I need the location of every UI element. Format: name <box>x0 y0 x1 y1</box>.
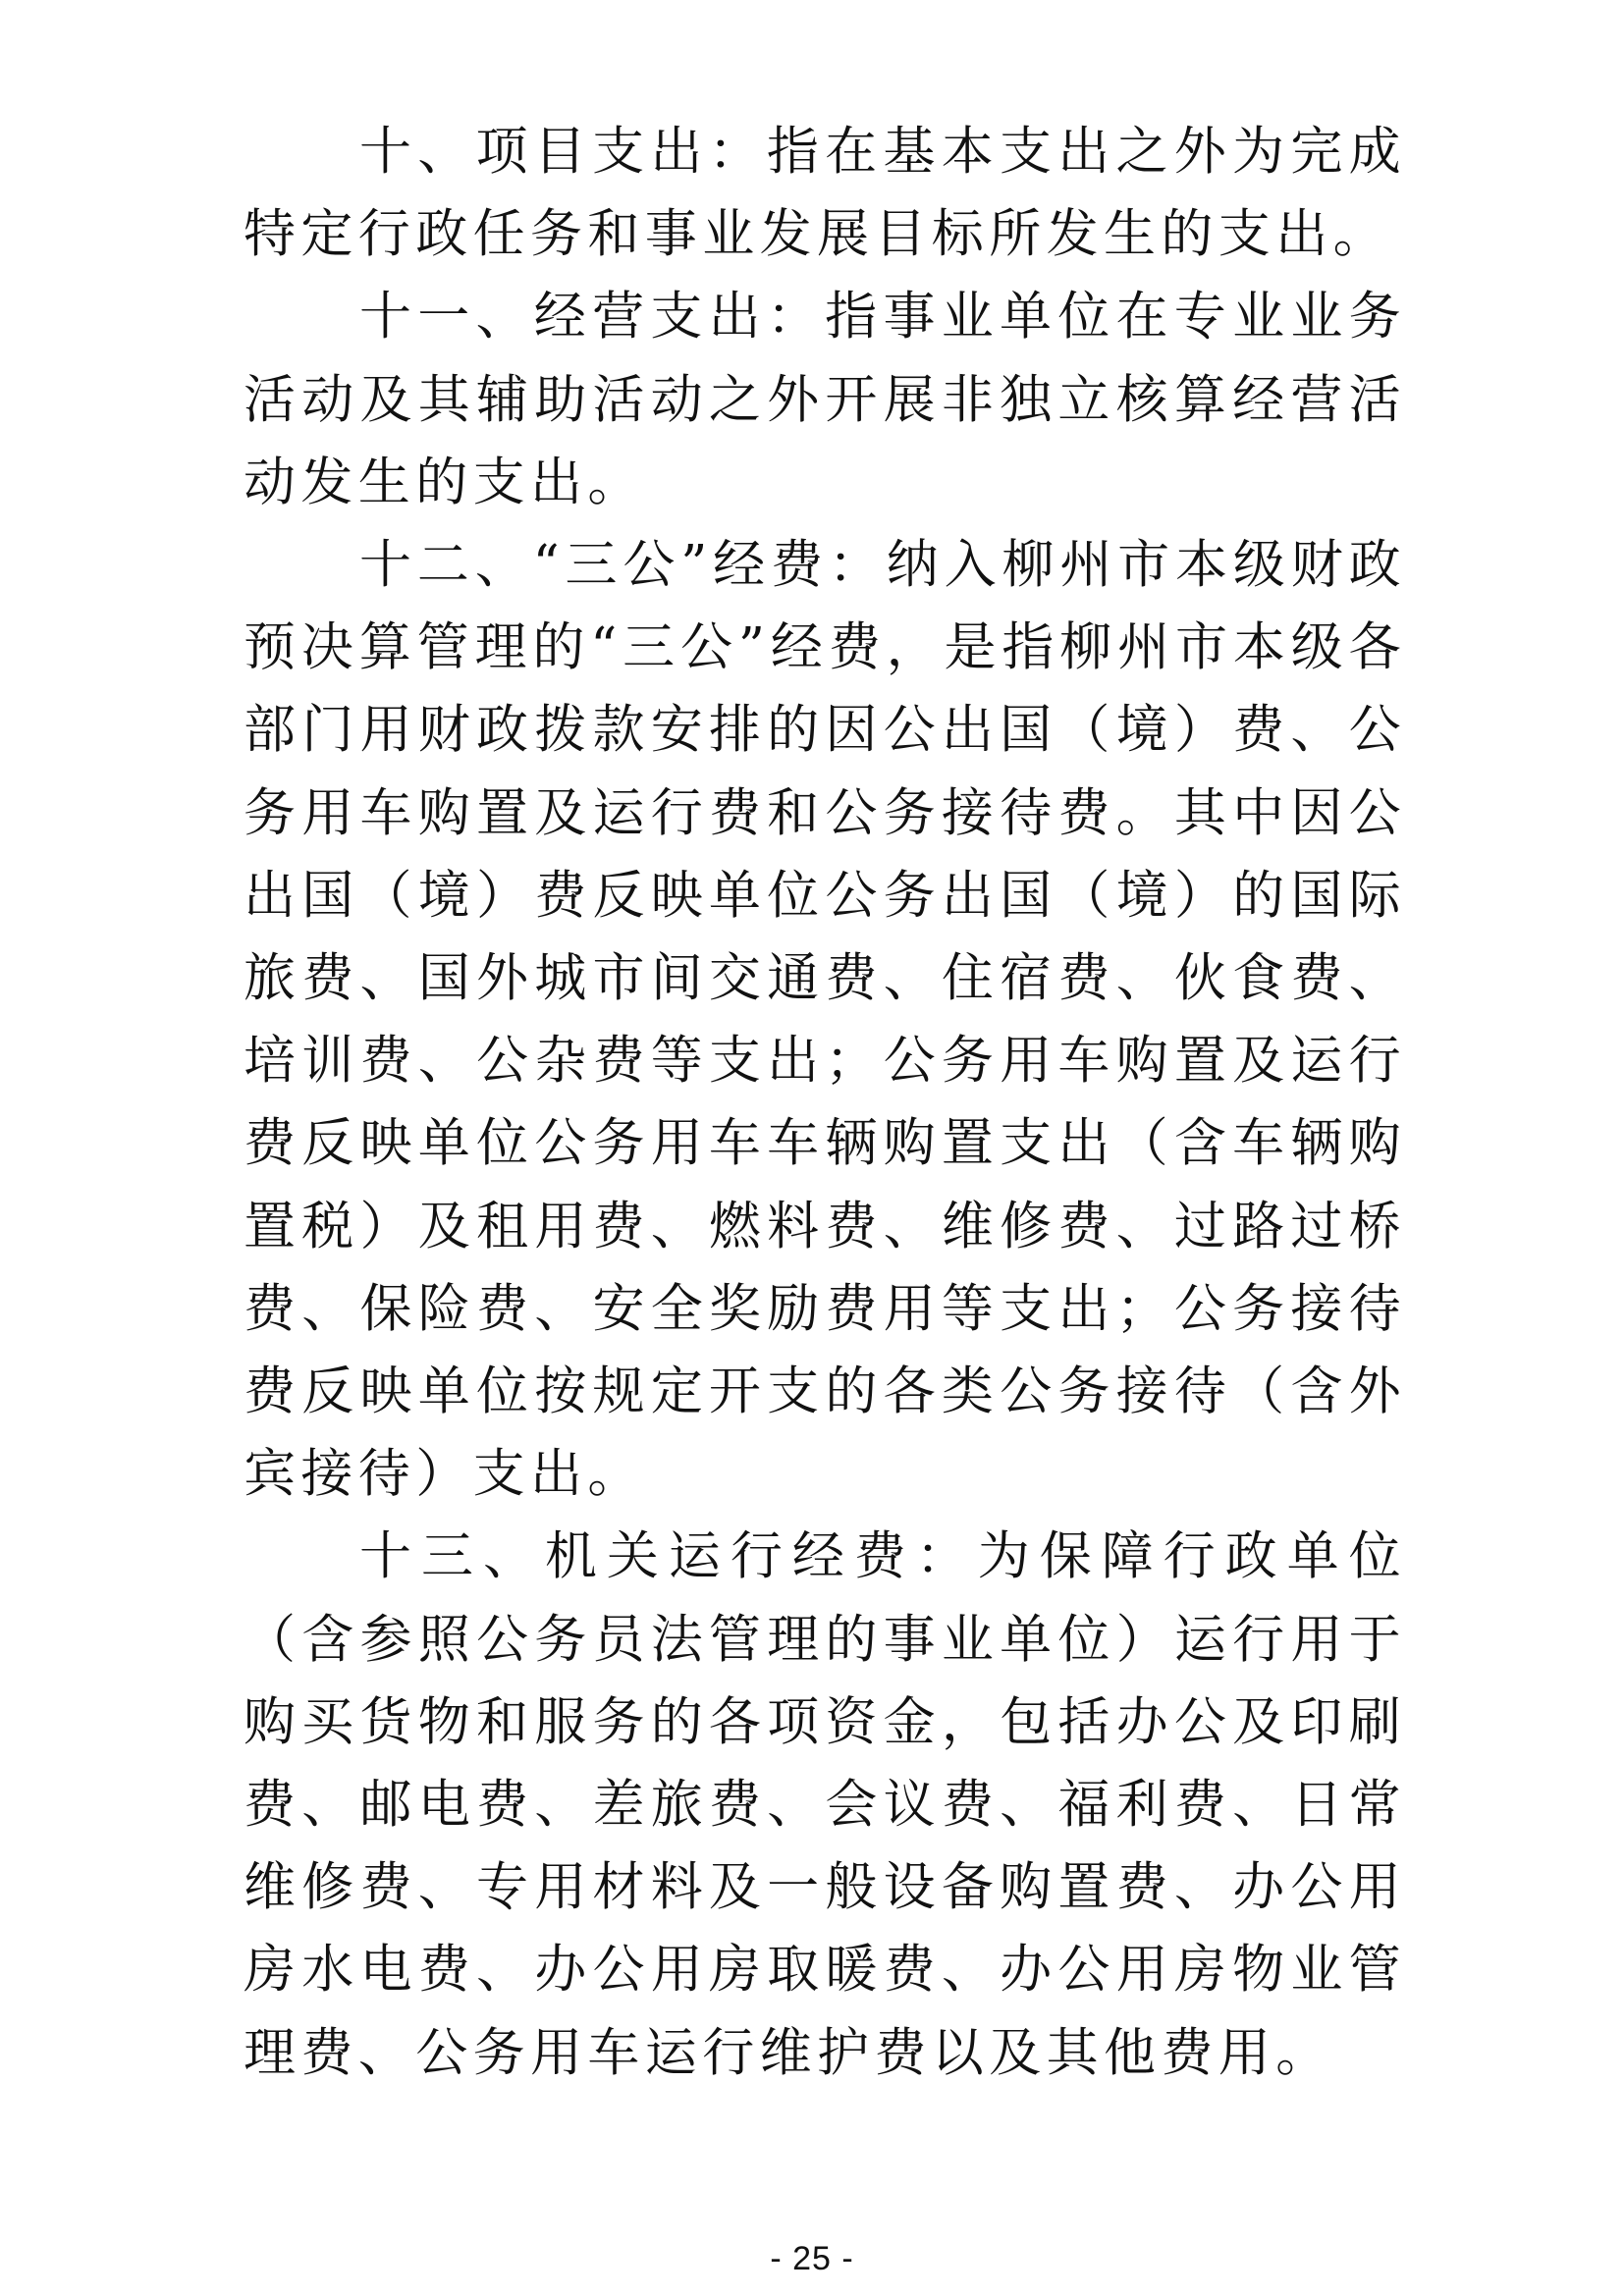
paragraph-heading: 十一、经营支出： <box>359 287 825 347</box>
document-body: 十、项目支出：指在基本支出之外为完成特定行政任务和事业发展目标所发生的支出。 十… <box>244 111 1406 2095</box>
paragraph-heading: 十二、“三公”经费： <box>359 535 887 595</box>
paragraph-project-expenditure: 十、项目支出：指在基本支出之外为完成特定行政任务和事业发展目标所发生的支出。 <box>244 111 1406 276</box>
paragraph-text: 为保障行政单位（含参照公务员法管理的事业单位）运行用于购买货物和服务的各项资金，… <box>244 1526 1406 2082</box>
document-page: 十、项目支出：指在基本支出之外为完成特定行政任务和事业发展目标所发生的支出。 十… <box>0 0 1624 2296</box>
paragraph-operating-expenditure: 十一、经营支出：指事业单位在专业业务活动及其辅助活动之外开展非独立核算经营活动发… <box>244 276 1406 524</box>
page-number: - 25 - <box>0 2240 1624 2278</box>
paragraph-agency-operating-funds: 十三、机关运行经费：为保障行政单位（含参照公务员法管理的事业单位）运行用于购买货… <box>244 1516 1406 2094</box>
paragraph-text: 纳入柳州市本级财政预决算管理的“三公”经费，是指柳州市本级各部门用财政拨款安排的… <box>244 535 1406 1504</box>
paragraph-three-public-expenses: 十二、“三公”经费：纳入柳州市本级财政预决算管理的“三公”经费，是指柳州市本级各… <box>244 524 1406 1516</box>
paragraph-heading: 十、项目支出： <box>359 122 767 182</box>
paragraph-heading: 十三、机关运行经费： <box>359 1526 978 1586</box>
